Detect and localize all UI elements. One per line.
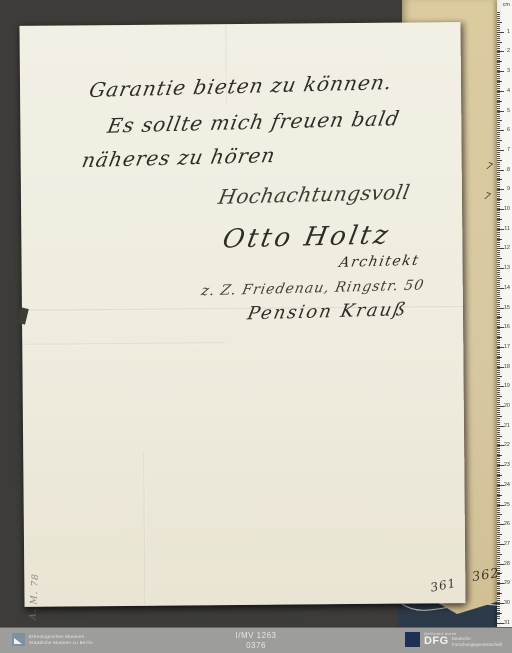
paper-edge-tear (17, 307, 29, 324)
pencil-inventory-note: A. M. 78 (28, 554, 42, 620)
ruler-cm-tick (497, 32, 504, 33)
ruler-half-cm-tick (497, 101, 502, 102)
ruler-number: 6 (507, 127, 510, 133)
next-page-ink-mark: ⁊ (482, 187, 492, 201)
letter-line: Garantie bieten zu können. (87, 70, 394, 102)
ruler-number: 21 (504, 423, 510, 429)
ruler-number: 14 (504, 285, 510, 291)
ruler-half-cm-tick (497, 475, 502, 476)
ruler-number: 30 (504, 600, 510, 606)
ruler-number: 11 (504, 226, 510, 232)
ruler-number: 25 (504, 502, 510, 508)
next-page-ink-mark: ⁊ (484, 157, 494, 171)
ruler-half-cm-tick (497, 455, 502, 456)
ruler-number: 23 (504, 462, 510, 468)
dfg-name-line2: Forschungsgemeinschaft (452, 642, 502, 648)
ruler-half-cm-tick (497, 61, 502, 62)
ruler-half-cm-tick (497, 219, 502, 220)
ruler-number: 24 (504, 482, 510, 488)
scan-viewport: ⁊ ⁊ 362 Garantie bieten zu können. Es so… (0, 0, 512, 653)
fold-crease-vertical (143, 451, 146, 606)
ruler-half-cm-tick (497, 42, 502, 43)
letter-address-line: Pension Krauß (246, 299, 410, 324)
ruler-half-cm-tick (497, 317, 502, 318)
ruler-half-cm-tick (497, 298, 502, 299)
ruler-number: 16 (504, 324, 510, 330)
ruler-cm-tick (497, 150, 504, 151)
ruler-number: 17 (504, 344, 510, 350)
ruler-cm-tick (497, 229, 504, 230)
ruler-number: 29 (504, 580, 510, 586)
ruler-number: 26 (504, 521, 510, 527)
fold-crease-horizontal (22, 342, 225, 346)
ruler-half-cm-tick (497, 81, 502, 82)
ruler-half-cm-tick (497, 376, 502, 377)
ruler-cm-tick (497, 170, 504, 171)
ruler-unit-label: cm (503, 2, 510, 8)
ruler-number: 15 (504, 305, 510, 311)
ruler-cm-tick (497, 111, 504, 112)
ruler-number: 18 (504, 364, 510, 370)
ruler-half-cm-tick (497, 199, 502, 200)
ruler-half-cm-tick (497, 573, 502, 574)
ruler-number: 20 (504, 403, 510, 409)
ruler-half-cm-tick (497, 22, 502, 23)
ruler-number: 7 (507, 147, 510, 153)
dfg-logo-block: Gefördert durch DFG Deutsche Forschungsg… (405, 631, 502, 647)
scan-footer-bar: Ethnologisches Museum Staatliche Museen … (0, 627, 512, 653)
folio-number-361: 361 (429, 576, 457, 595)
letter-address-line: z. Z. Friedenau, Ringstr. 50 (200, 277, 426, 299)
ruler-half-cm-tick (497, 514, 502, 515)
ruler-half-cm-tick (497, 337, 502, 338)
ruler-number: 2 (507, 48, 510, 54)
ruler-half-cm-tick (497, 179, 502, 180)
ruler-half-cm-tick (497, 239, 502, 240)
ruler-number: 10 (504, 206, 510, 212)
ruler-cm-tick (497, 189, 504, 190)
ruler-number: 1 (507, 29, 510, 35)
dfg-logo-icon (405, 632, 420, 647)
letter-closing: Hochachtungsvoll (216, 180, 412, 209)
letter-signature: Otto Holtz (220, 220, 393, 254)
ruler-half-cm-tick (497, 534, 502, 535)
letter-line: Es sollte mich freuen bald (106, 106, 402, 138)
letter-line: näheres zu hören (80, 143, 278, 172)
ruler-half-cm-tick (497, 357, 502, 358)
ruler-half-cm-tick (497, 416, 502, 417)
ruler-half-cm-tick (497, 495, 502, 496)
ruler-number: 9 (507, 186, 510, 192)
ruler-half-cm-tick (497, 396, 502, 397)
ruler: cm 1234567891011121314151617181920212223… (497, 0, 512, 628)
ruler-half-cm-tick (497, 278, 502, 279)
ruler-half-cm-tick (497, 554, 502, 555)
dfg-abbreviation: DFG (424, 636, 449, 647)
ruler-number: 28 (504, 561, 510, 567)
ruler-number: 19 (504, 383, 510, 389)
letter-page: Garantie bieten zu können. Es sollte mic… (19, 22, 465, 607)
ruler-half-cm-tick (497, 140, 502, 141)
ruler-number: 12 (504, 245, 510, 251)
ruler-cm-tick (497, 91, 504, 92)
ruler-number: 5 (507, 108, 510, 114)
ruler-cm-tick (497, 51, 504, 52)
ruler-number: 4 (507, 88, 510, 94)
ruler-half-cm-tick (497, 160, 502, 161)
letter-signature-title: Architekt (338, 253, 421, 271)
ruler-number: 22 (504, 442, 510, 448)
ruler-number: 13 (504, 265, 510, 271)
ruler-half-cm-tick (497, 436, 502, 437)
ruler-cm-tick (497, 130, 504, 131)
ruler-number: 27 (504, 541, 510, 547)
ruler-number: 8 (507, 167, 510, 173)
ruler-number: 31 (504, 620, 510, 626)
ruler-cm-tick (497, 71, 504, 72)
ruler-half-cm-tick (497, 120, 502, 121)
ruler-half-cm-tick (497, 613, 502, 614)
ruler-number: 3 (507, 68, 510, 74)
ruler-half-cm-tick (497, 258, 502, 259)
ruler-half-cm-tick (497, 593, 502, 594)
